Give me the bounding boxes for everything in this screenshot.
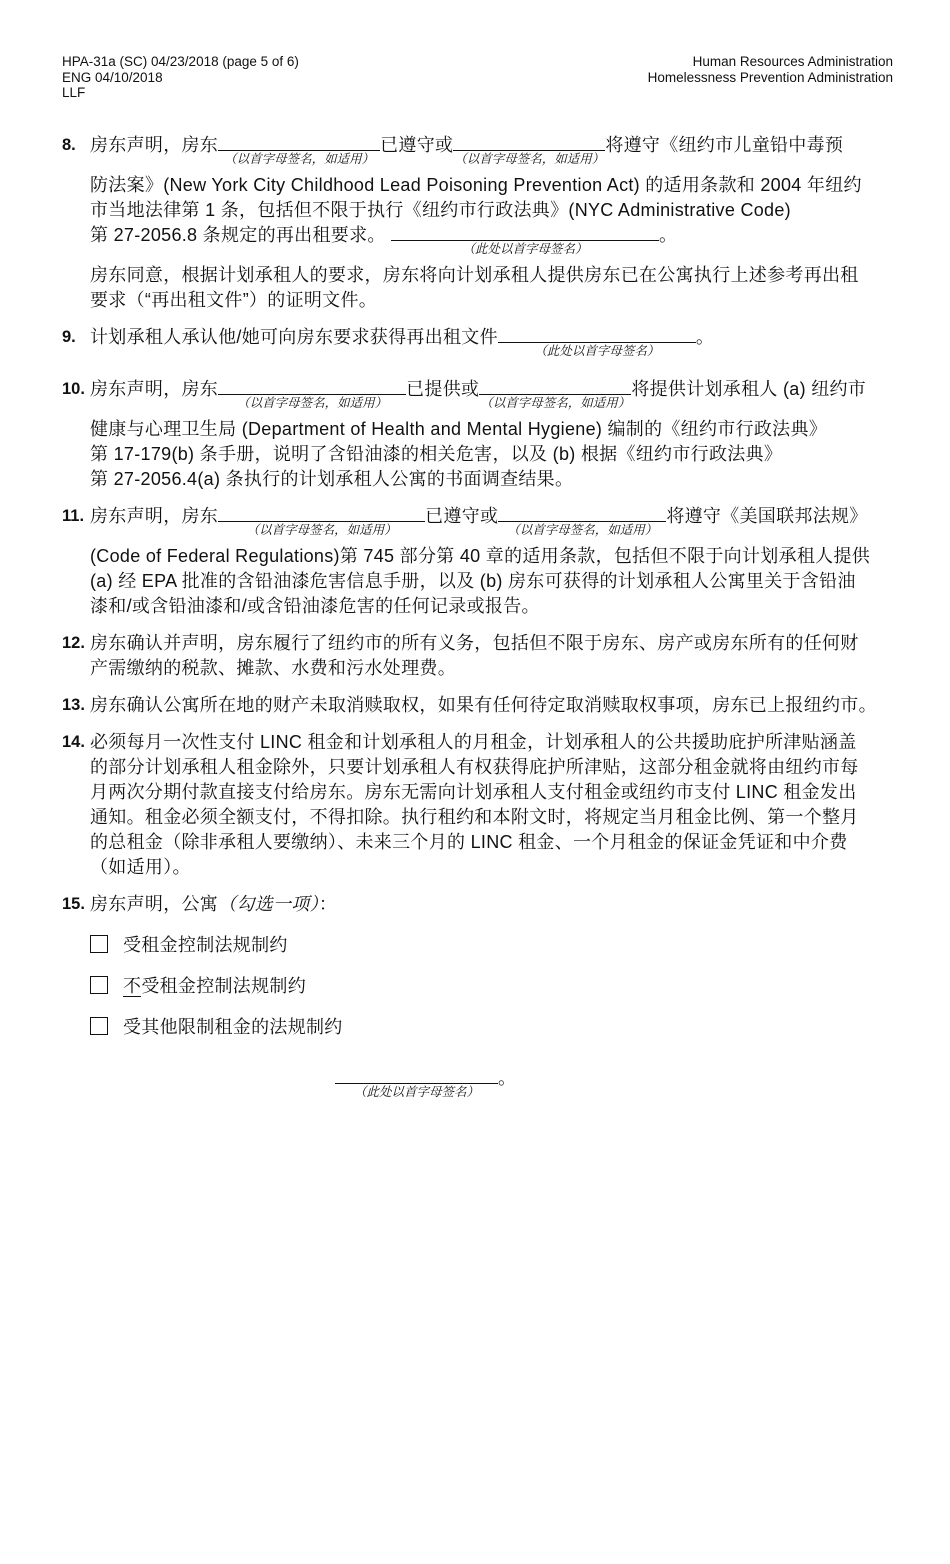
text-line: （如适用）。 [90, 855, 893, 880]
text-run: 健康与心理卫生局 (Department of Health and Menta… [90, 419, 827, 439]
text-line: 房东声明，房东（以首字母签名，如适用）已遵守或（以首字母签名，如适用）将遵守《纽… [90, 133, 893, 158]
text-run: 要求（“再出租文件”）的证明文件。 [90, 290, 377, 310]
signature-blank[interactable]: （以首字母签名，如适用） [453, 134, 605, 151]
text-run: 市当地法律第 1 条，包括但不限于执行《纽约市行政法典》(NYC Adminis… [90, 200, 791, 220]
agency-subname: Homelessness Prevention Administration [648, 70, 893, 86]
text-line: (Code of Federal Regulations)第 745 部分第 4… [90, 544, 893, 569]
blank-caption: （此处以首字母签名） [354, 1085, 479, 1099]
text-line: 房东确认公寓所在地的财产未取消赎取权，如果有任何待定取消赎取权事项，房东已上报纽… [90, 693, 893, 718]
text-run: 的部分计划承租人租金除外，只要计划承租人有权获得庇护所津贴，这部分租金就将由纽约… [90, 757, 859, 777]
form-version-line: ENG 04/10/2018 [62, 70, 299, 86]
signature-blank[interactable]: （以首字母签名，如适用） [498, 505, 666, 522]
form-header: HPA-31a (SC) 04/23/2018 (page 5 of 6) EN… [62, 54, 893, 101]
signature-blank[interactable]: （以首字母签名，如适用） [479, 378, 631, 395]
checkbox-label: 不受租金控制法规制约 [123, 974, 306, 999]
text-run: 房东声明，房东 [90, 135, 218, 155]
text-run: 第 17-179(b) 条手册，说明了含铅油漆的相关危害，以及 (b) 根据《纽… [90, 444, 782, 464]
item-content: 房东声明，房东（以首字母签名，如适用）已遵守或（以首字母签名，如适用）将遵守《纽… [90, 133, 893, 313]
text-line: 的部分计划承租人租金除外，只要计划承租人有权获得庇护所津贴，这部分租金就将由纽约… [90, 755, 893, 780]
signature-blank[interactable]: （此处以首字母签名） [391, 224, 659, 241]
signature-blank[interactable]: （以首字母签名，如适用） [218, 134, 380, 151]
text-run: 已遵守或 [380, 135, 453, 155]
text-line: 的总租金（除非承租人要缴纳）、未来三个月的 LINC 租金、一个月租金的保证金凭… [90, 830, 893, 855]
checkbox[interactable] [90, 976, 108, 994]
text-line: 防法案》(New York City Childhood Lead Poison… [90, 173, 893, 198]
text-run: 第 27-2056.4(a) 条执行的计划承租人公寓的书面调查结果。 [90, 469, 573, 489]
item-content: 房东确认公寓所在地的财产未取消赎取权，如果有任何待定取消赎取权事项，房东已上报纽… [90, 693, 893, 718]
checkbox-options: 受租金控制法规制约不受租金控制法规制约受其他限制租金的法规制约 [90, 933, 893, 1040]
text-run: 产需缴纳的税款、摊款、水费和污水处理费。 [90, 658, 456, 678]
text-run: 受其他限制租金的法规制约 [123, 1017, 343, 1037]
text-run: 已提供或 [406, 379, 479, 399]
blank-caption: （以首字母签名，如适用） [224, 152, 374, 166]
text-line: 第 27-2056.8 条规定的再出租要求。 （此处以首字母签名）。 [90, 223, 893, 248]
text-line: 第 17-179(b) 条手册，说明了含铅油漆的相关危害，以及 (b) 根据《纽… [90, 442, 893, 467]
text-line: 产需缴纳的税款、摊款、水费和污水处理费。 [90, 656, 893, 681]
text-line: 第 27-2056.4(a) 条执行的计划承租人公寓的书面调查结果。 [90, 467, 893, 492]
text-line: 健康与心理卫生局 (Department of Health and Menta… [90, 417, 893, 442]
item-content: 必须每月一次性支付 LINC 租金和计划承租人的月租金，计划承租人的公共援助庇护… [90, 730, 893, 880]
form-code-line: LLF [62, 85, 299, 101]
text-run: 必须每月一次性支付 LINC 租金和计划承租人的月租金，计划承租人的公共援助庇护… [90, 732, 857, 752]
text-run: 受租金控制法规制约 [141, 976, 306, 996]
signature-blank[interactable]: （此处以首字母签名） [498, 326, 696, 343]
blank-caption: （以首字母签名，如适用） [454, 152, 604, 166]
item-number: 9. [62, 325, 90, 365]
text-run: 的总租金（除非承租人要缴纳）、未来三个月的 LINC 租金、一个月租金的保证金凭… [90, 832, 848, 852]
text-run: 通知。租金必须全额支付，不得扣除。执行租约和本附文时，将规定当月租金比例、第一个… [90, 807, 859, 827]
text-run: 月两次分期付款直接支付给房东。房东无需向计划承租人支付租金或纽约市支付 LINC… [90, 782, 857, 802]
item-content: 计划承租人承认他/她可向房东要求获得再出租文件（此处以首字母签名）。 [90, 325, 893, 365]
checkbox-option: 不受租金控制法规制约 [90, 974, 893, 999]
item-15: 15.房东声明，公寓（勾选一项）：受租金控制法规制约不受租金控制法规制约受其他限… [62, 892, 893, 1040]
text-line: 月两次分期付款直接支付给房东。房东无需向计划承租人支付租金或纽约市支付 LINC… [90, 780, 893, 805]
item-10: 10.房东声明，房东（以首字母签名，如适用）已提供或（以首字母签名，如适用）将提… [62, 377, 893, 492]
text-line: 房东声明，房东（以首字母签名，如适用）已遵守或（以首字母签名，如适用）将遵守《美… [90, 504, 893, 529]
text-run: 计划承租人承认他/她可向房东要求获得再出租文件 [90, 327, 498, 347]
item-9: 9.计划承租人承认他/她可向房东要求获得再出租文件（此处以首字母签名）。 [62, 325, 893, 365]
agency-name: Human Resources Administration [648, 54, 893, 70]
checkbox[interactable] [90, 1017, 108, 1035]
text-run: 第 27-2056.8 条规定的再出租要求。 [90, 225, 391, 245]
text-line: 通知。租金必须全额支付，不得扣除。执行租约和本附文时，将规定当月租金比例、第一个… [90, 805, 893, 830]
checkbox-label: 受其他限制租金的法规制约 [123, 1015, 343, 1040]
items: 8.房东声明，房东（以首字母签名，如适用）已遵守或（以首字母签名，如适用）将遵守… [62, 133, 893, 1040]
text-line: 房东同意，根据计划承租人的要求，房东将向计划承租人提供房东已在公寓执行上述参考再… [90, 263, 893, 288]
blank-caption: （以首字母签名，如适用） [507, 523, 657, 537]
item-number: 8. [62, 133, 90, 313]
text-run: 。 [498, 1068, 516, 1088]
text-run: 房东确认并声明，房东履行了纽约市的所有义务，包括但不限于房东、房产或房东所有的任… [90, 633, 859, 653]
text-run: 将遵守《纽约市儿童铅中毒预 [605, 135, 843, 155]
text-run: 房东声明，房东 [90, 506, 218, 526]
blank-caption: （以首字母签名，如适用） [237, 396, 387, 410]
blank-caption: （以首字母签名，如适用） [247, 523, 397, 537]
text-run: 漆和/或含铅油漆和/或含铅油漆危害的任何记录或报告。 [90, 596, 540, 616]
text-line: 房东确认并声明，房东履行了纽约市的所有义务，包括但不限于房东、房产或房东所有的任… [90, 631, 893, 656]
form-id-block: HPA-31a (SC) 04/23/2018 (page 5 of 6) EN… [62, 54, 299, 101]
text-line: 市当地法律第 1 条，包括但不限于执行《纽约市行政法典》(NYC Adminis… [90, 198, 893, 223]
signature-blank[interactable]: （以首字母签名，如适用） [218, 378, 406, 395]
item-number: 11. [62, 504, 90, 619]
item-number: 12. [62, 631, 90, 681]
item-content: 房东确认并声明，房东履行了纽约市的所有义务，包括但不限于房东、房产或房东所有的任… [90, 631, 893, 681]
agency-block: Human Resources Administration Homelessn… [648, 54, 893, 85]
underlined-text-run: 不 [123, 976, 141, 997]
text-line: 房东声明，公寓（勾选一项）： [90, 892, 893, 917]
item-content: 房东声明，房东（以首字母签名，如适用）已提供或（以首字母签名，如适用）将提供计划… [90, 377, 893, 492]
text-run: 将遵守《美国联邦法规》 [666, 506, 867, 526]
item-content: 房东声明，公寓（勾选一项）：受租金控制法规制约不受租金控制法规制约受其他限制租金… [90, 892, 893, 1040]
checkbox-label: 受租金控制法规制约 [123, 933, 288, 958]
text-line: 漆和/或含铅油漆和/或含铅油漆危害的任何记录或报告。 [90, 594, 893, 619]
item-number: 10. [62, 377, 90, 492]
text-line: 计划承租人承认他/她可向房东要求获得再出租文件（此处以首字母签名）。 [90, 325, 893, 350]
text-line: (a) 经 EPA 批准的含铅油漆危害信息手册，以及 (b) 房东可获得的计划承… [90, 569, 893, 594]
blank-caption: （此处以首字母签名） [462, 242, 587, 256]
text-line: 房东声明，房东（以首字母签名，如适用）已提供或（以首字母签名，如适用）将提供计划… [90, 377, 893, 402]
item-15-signature-area: （此处以首字母签名）。 [335, 1066, 893, 1116]
checkbox[interactable] [90, 935, 108, 953]
text-run: 。 [659, 225, 677, 245]
text-line: 要求（“再出租文件”）的证明文件。 [90, 288, 893, 313]
checkbox-option: 受其他限制租金的法规制约 [90, 1015, 893, 1040]
form-id-line: HPA-31a (SC) 04/23/2018 (page 5 of 6) [62, 54, 299, 70]
text-run: 已遵守或 [425, 506, 498, 526]
text-line: 必须每月一次性支付 LINC 租金和计划承租人的月租金，计划承租人的公共援助庇护… [90, 730, 893, 755]
text-run: (Code of Federal Regulations)第 745 部分第 4… [90, 546, 870, 566]
blank-caption: （此处以首字母签名） [534, 344, 659, 358]
text-run: 受租金控制法规制约 [123, 935, 288, 955]
item-13: 13.房东确认公寓所在地的财产未取消赎取权，如果有任何待定取消赎取权事项，房东已… [62, 693, 893, 718]
text-run: 将提供计划承租人 (a) 纽约市 [631, 379, 866, 399]
text-run: 房东声明，公寓 [90, 894, 218, 914]
item-number: 15. [62, 892, 90, 1040]
item-11: 11.房东声明，房东（以首字母签名，如适用）已遵守或（以首字母签名，如适用）将遵… [62, 504, 893, 619]
text-run: (a) 经 EPA 批准的含铅油漆危害信息手册，以及 (b) 房东可获得的计划承… [90, 571, 856, 591]
text-run: 房东同意，根据计划承租人的要求，房东将向计划承租人提供房东已在公寓执行上述参考再… [90, 265, 859, 285]
item-number: 14. [62, 730, 90, 880]
text-run: 房东声明，房东 [90, 379, 218, 399]
text-run: ： [319, 894, 337, 914]
text-run: 防法案》(New York City Childhood Lead Poison… [90, 175, 862, 195]
text-run: 房东确认公寓所在地的财产未取消赎取权，如果有任何待定取消赎取权事项，房东已上报纽… [90, 695, 877, 715]
signature-blank[interactable]: （此处以首字母签名） [335, 1067, 498, 1084]
italic-text-run: （勾选一项） [218, 894, 319, 914]
blank-caption: （以首字母签名，如适用） [480, 396, 630, 410]
item-12: 12.房东确认并声明，房东履行了纽约市的所有义务，包括但不限于房东、房产或房东所… [62, 631, 893, 681]
item-number: 13. [62, 693, 90, 718]
form-page: HPA-31a (SC) 04/23/2018 (page 5 of 6) EN… [0, 0, 950, 1564]
text-run: 。 [696, 327, 714, 347]
item-14: 14.必须每月一次性支付 LINC 租金和计划承租人的月租金，计划承租人的公共援… [62, 730, 893, 880]
item-8: 8.房东声明，房东（以首字母签名，如适用）已遵守或（以首字母签名，如适用）将遵守… [62, 133, 893, 313]
text-run: （如适用）。 [90, 857, 191, 877]
signature-blank[interactable]: （以首字母签名，如适用） [218, 505, 425, 522]
item-content: 房东声明，房东（以首字母签名，如适用）已遵守或（以首字母签名，如适用）将遵守《美… [90, 504, 893, 619]
checkbox-option: 受租金控制法规制约 [90, 933, 893, 958]
